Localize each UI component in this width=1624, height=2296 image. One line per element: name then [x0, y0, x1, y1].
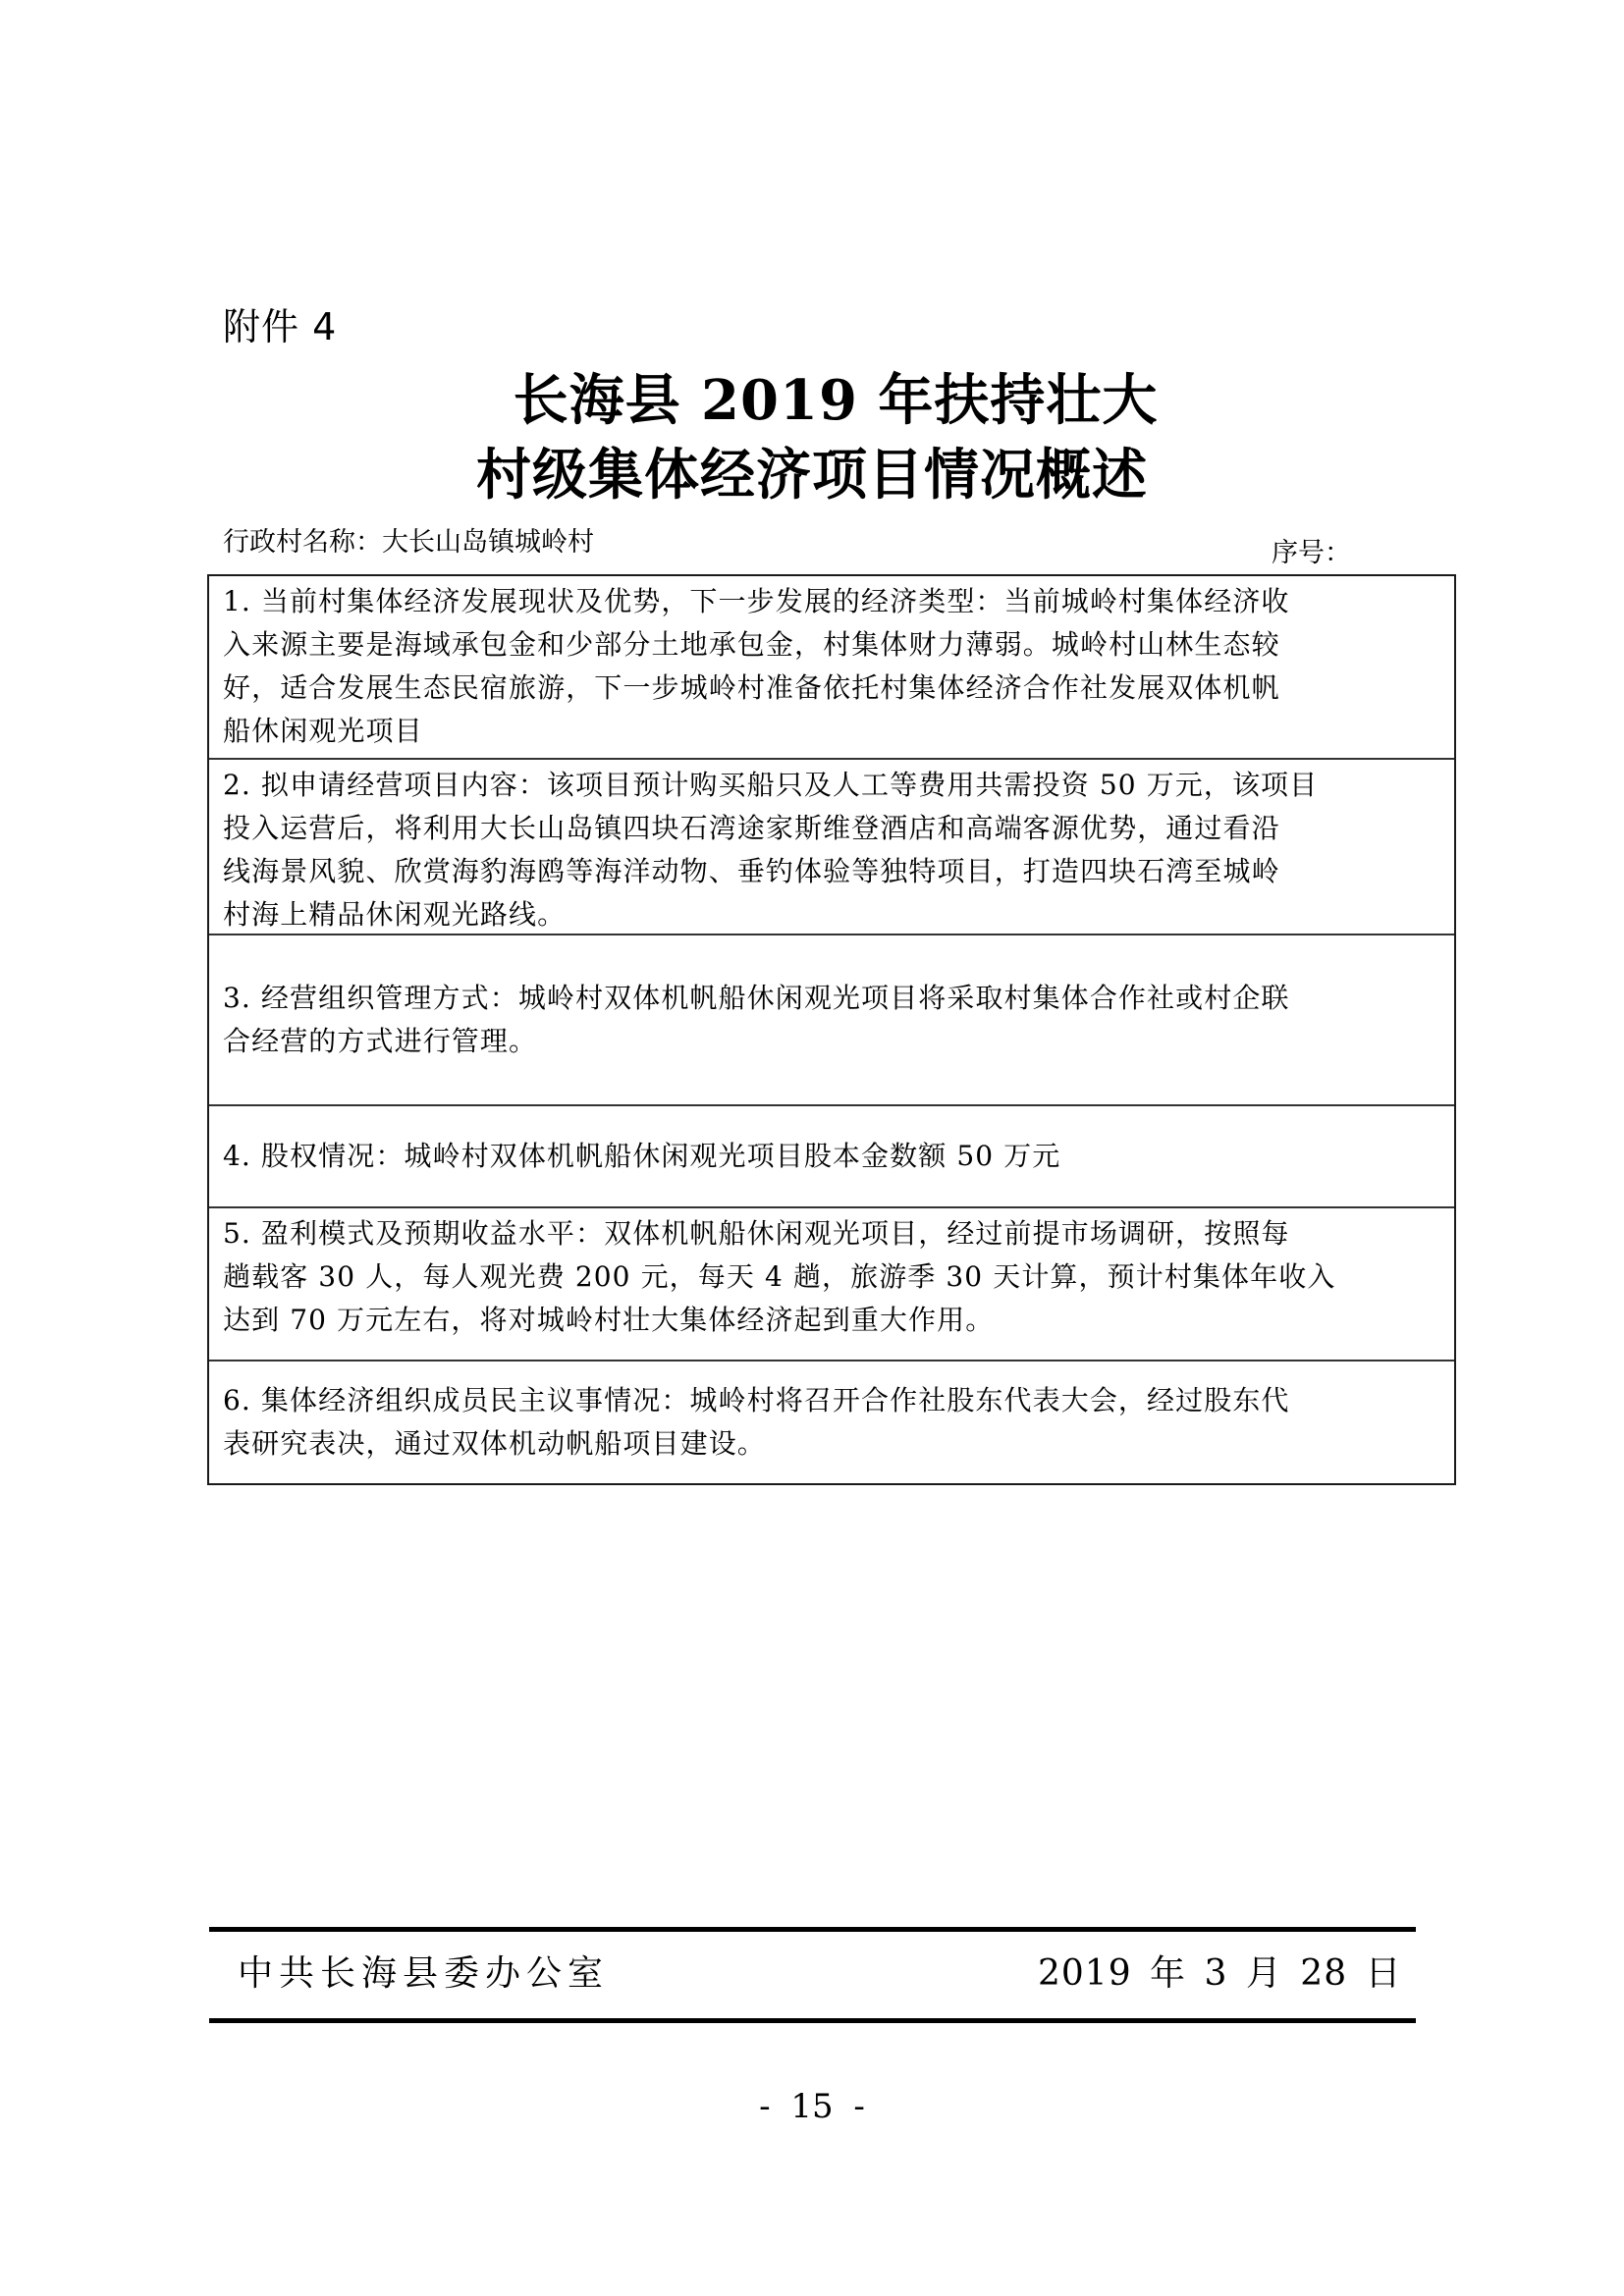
- page-number: - 15 -: [0, 2085, 1624, 2128]
- footer-issuer: 中共长海县委办公室: [238, 1951, 609, 1997]
- row-text-line: 入来源主要是海域承包金和少部分土地承包金，村集体财力薄弱。城岭村山林生态较: [223, 623, 1440, 667]
- row-text-line: 4. 股权情况：城岭村双体机帆船休闲观光项目股本金数额 50 万元: [223, 1135, 1440, 1178]
- row-text-line: 达到 70 万元左右，将对城岭村壮大集体经济起到重大作用。: [223, 1299, 1440, 1342]
- row-text-line: 表研究表决，通过双体机动帆船项目建设。: [223, 1422, 1440, 1466]
- attachment-label: 附件 4: [223, 302, 337, 351]
- table-row-equity: 4. 股权情况：城岭村双体机帆船休闲观光项目股本金数额 50 万元: [209, 1106, 1454, 1208]
- table-row-profit-model: 5. 盈利模式及预期收益水平：双体机帆船休闲观光项目，经过前提市场调研，按照每 …: [209, 1208, 1454, 1362]
- row-text-line: 投入运营后，将利用大长山岛镇四块石湾途家斯维登酒店和高端客源优势，通过看沿: [223, 807, 1440, 850]
- row-text-line: 好，适合发展生态民宿旅游，下一步城岭村准备依托村集体经济合作社发展双体机帆: [223, 667, 1440, 710]
- table-row-democratic-deliberation: 6. 集体经济组织成员民主议事情况：城岭村将召开合作社股东代表大会，经过股东代 …: [209, 1362, 1454, 1483]
- row-text-line: 趟载客 30 人，每人观光费 200 元，每天 4 趟，旅游季 30 天计算，预…: [223, 1255, 1440, 1299]
- row-text-line: 合经营的方式进行管理。: [223, 1020, 1440, 1063]
- footer-top-rule: [209, 1927, 1416, 1932]
- row-text-line: 1. 当前村集体经济发展现状及优势，下一步发展的经济类型：当前城岭村集体经济收: [223, 580, 1440, 623]
- table-row-project-content: 2. 拟申请经营项目内容：该项目预计购买船只及人工等费用共需投资 50 万元，该…: [209, 760, 1454, 935]
- row-text-line: 6. 集体经济组织成员民主议事情况：城岭村将召开合作社股东代表大会，经过股东代: [223, 1379, 1440, 1422]
- project-summary-table: 1. 当前村集体经济发展现状及优势，下一步发展的经济类型：当前城岭村集体经济收 …: [207, 574, 1456, 1485]
- table-row-management: 3. 经营组织管理方式：城岭村双体机帆船休闲观光项目将采取村集体合作社或村企联 …: [209, 935, 1454, 1106]
- document-title-line-1: 长海县 2019 年扶持壮大: [24, 363, 1624, 438]
- serial-number-label: 序号：: [1272, 536, 1351, 571]
- row-text-line: 3. 经营组织管理方式：城岭村双体机帆船休闲观光项目将采取村集体合作社或村企联: [223, 977, 1440, 1020]
- row-text-line: 2. 拟申请经营项目内容：该项目预计购买船只及人工等费用共需投资 50 万元，该…: [223, 764, 1440, 807]
- row-text-line: 村海上精品休闲观光路线。: [223, 893, 1440, 936]
- document-title-line-2: 村级集体经济项目情况概述: [0, 438, 1624, 512]
- row-text-line: 船休闲观光项目: [223, 710, 1440, 753]
- village-name-label: 行政村名称：大长山岛镇城岭村: [223, 525, 594, 561]
- row-text-line: 线海景风貌、欣赏海豹海鸥等海洋动物、垂钓体验等独特项目，打造四块石湾至城岭: [223, 850, 1440, 893]
- row-text-line: 5. 盈利模式及预期收益水平：双体机帆船休闲观光项目，经过前提市场调研，按照每: [223, 1212, 1440, 1255]
- footer-date: 2019 年 3 月 28 日: [1038, 1951, 1402, 1997]
- footer-bottom-rule: [209, 2018, 1416, 2023]
- table-row-current-status: 1. 当前村集体经济发展现状及优势，下一步发展的经济类型：当前城岭村集体经济收 …: [209, 576, 1454, 760]
